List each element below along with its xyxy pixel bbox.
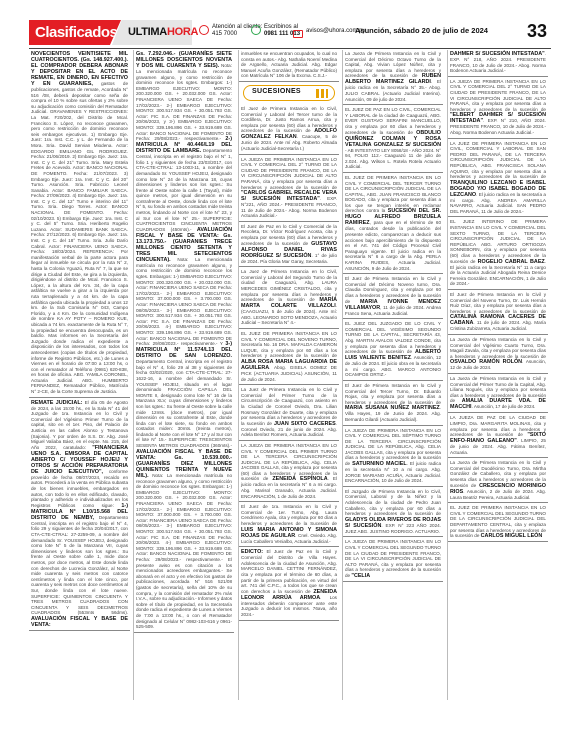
column-5: DAHMER S/ SUCESIÓN INTESTADA". EXP. N° 2… — [447, 50, 548, 700]
ad-text: gastos de publicaciones, gastos de remat… — [31, 81, 128, 394]
column-4: La Jueza de Primera Instancia en lo Civi… — [342, 50, 443, 700]
logo-accent: HORA — [167, 26, 198, 38]
classified-ad: LA JUEZA DE PRIMERA INSTANCIA EN LO CIVI… — [343, 427, 443, 487]
ad-text: Departamento Central, inscripta en el re… — [136, 148, 232, 232]
contact-phone-number: 415 7000 — [212, 31, 237, 37]
ad-text: - AB INTESTATO LEY 8058/18 - AÑO 2024. N… — [345, 148, 441, 170]
section-banner-sucesiones: SUCESIONES — [243, 85, 335, 101]
classified-ad: El Juzgado de Primera Instancia en lo Ci… — [343, 488, 443, 538]
classified-ad: La Juez de Primera Instancia en lo Civil… — [239, 268, 339, 329]
ad-text: El Juez de Primera Instancia en lo Civil… — [345, 383, 441, 405]
classified-ad: Gs. 7.292.046.- (GUARANÍES SIETE MILLONE… — [134, 50, 234, 633]
classified-ad: El Juez de Primera Instancia en lo Civil… — [239, 105, 339, 155]
ad-text: El día 05 de Agosto de 2024, a las 15:00… — [31, 400, 128, 450]
column-2: Gs. 7.292.046.- (GUARANÍES SIETE MILLONE… — [133, 50, 234, 700]
ad-text: Departamento Central, inscripta en el re… — [136, 359, 232, 448]
header-rule — [29, 48, 551, 49]
classified-ad: La Jueza de Primera Instancia en lo Civi… — [448, 336, 548, 374]
classified-ad: La Juez de Primera Instancia en lo Civil… — [239, 386, 339, 441]
ad-emphasis: CARLOS MIGUEL LEÓN — [481, 533, 543, 539]
classified-ad: El Juez de Paz en lo Civil y Comercial d… — [239, 223, 339, 267]
ad-text: El Juez de Primera Instancia en lo Civil… — [450, 292, 546, 314]
phone-icon — [199, 25, 209, 35]
ad-text: . Asunción, 17 de julio de 2024. — [472, 404, 536, 409]
ad-text: EL JUEZ DE PRIMERA INSTANCIA EN LO CIVIL… — [241, 331, 337, 358]
classified-ad: NOVECIENTOS VEINTISIETE MIL CUATROCIENTO… — [29, 50, 130, 398]
ad-text: LA JUEZA DE PRIMERA INSTANCIA EN LO CIVI… — [450, 79, 546, 112]
page-number: 33 — [527, 21, 547, 42]
section-title: Clasificados — [29, 20, 121, 45]
classified-ad: La Jueza de Primera Instancia en lo Civi… — [343, 50, 443, 105]
classified-ad: LA JUEZA DE PRIMERA INSTANCIA EN LO CIVI… — [239, 156, 339, 222]
classified-ad: La Jueza de Primera Instancia en lo Civi… — [448, 375, 548, 413]
ad-text: El Juez de Paz en lo Civil y Comercial d… — [241, 549, 337, 594]
classified-ad: El Juez de Primera Instancia en lo Civil… — [343, 382, 443, 426]
ad-text: El Juzgado de Primera Instancia en lo Ci… — [345, 489, 441, 516]
classified-ad: El Juez de Primera Instancia en lo Civil… — [448, 291, 548, 335]
newspaper-logo: ULTIMAHORA — [128, 26, 198, 38]
classified-ad: LA JUEZA DE PRIMERA INSTANCIA EN LO CIVI… — [448, 78, 548, 139]
ad-emphasis: "CELIA — [351, 573, 370, 579]
page-header: Clasificados ULTIMAHORA Atención al clie… — [0, 20, 580, 45]
classified-ad: LA JUEZA DE PRIMERA INSTANCIA EN LO CIVI… — [239, 442, 339, 502]
ad-text: Nota: La mencionada matrícula no reconoc… — [136, 473, 232, 629]
ad-text: Departamento Central, inscripta en el re… — [31, 515, 128, 616]
classified-ad: EL JUEZ DE PRIMERA INSTANCIA EN LO CIVIL… — [343, 174, 443, 274]
ad-text: El Juez de 1ra. Instancia en lo Civil y … — [241, 504, 337, 526]
classified-ad: EDICTO: El Juez de Paz en lo Civil y Com… — [239, 548, 339, 620]
ad-emphasis: Gs. 7.292.046.- (GUARANÍES SIETE MILLONE… — [136, 51, 232, 69]
classified-ad: LA JUEZA DE PAZ DE LA CIUDAD DE LIMPIO, … — [448, 414, 548, 458]
classified-ad: EL JUEZ DE PRIMERA INSTANCIA EN LO CIVIL… — [448, 504, 548, 542]
whatsapp-icon — [251, 25, 261, 35]
decorative-dots-icon — [316, 89, 328, 98]
classified-ad: EL JUEZ DE PAZ EN LO CIVIL, COMERCIAL Y … — [343, 106, 443, 173]
classified-ad: EL JUEZ DEL JUZGADO DE LO CIVIL Y COMERC… — [343, 320, 443, 381]
classified-ad: El Juez de 1ra. Instancia en lo Civil y … — [239, 503, 339, 547]
classifieds-columns: NOVECIENTOS VEINTISIETE MIL CUATROCIENTO… — [29, 50, 551, 700]
ad-text: , para que en el término de 60 días, con… — [345, 220, 441, 270]
logo-main: ULTIMA — [128, 26, 167, 38]
column-3: inmuebles se encuentran ocupados, lo cua… — [238, 50, 339, 700]
ad-text: inmuebles se encuentran ocupados, lo cua… — [241, 51, 337, 78]
classified-ad: EL JUEZ DE PRIMERA INSTANCIA EN LO CIVIL… — [239, 330, 339, 385]
page-date: Asunción, sábado 20 de julio de 2024 — [355, 26, 488, 35]
envelope-icon — [293, 30, 303, 38]
classified-ad: El Juez de Primera Instancia en lo Civil… — [343, 275, 443, 319]
ad-text: Nota: La mencionada matrícula no reconoc… — [136, 257, 232, 346]
classified-ad: REMATE JUDICIAL: El día 05 de Agosto de … — [29, 399, 130, 631]
ad-text: . Asunción, 2 de Julio de 2024. Abg. Lau… — [450, 489, 546, 500]
ad-text: EL JUEZ INTERINO DE PRIMERA INSTANCIA EN… — [450, 219, 546, 263]
column-1: NOVECIENTOS VEINTISIETE MIL CUATROCIENTO… — [29, 50, 130, 700]
section-banner-label: SUCESIONES — [252, 89, 301, 95]
ad-text: La Jueza de Primera Instancia en lo Civi… — [450, 337, 546, 359]
ad-text: conforme proveído de fecha 08/07/2024, r… — [31, 469, 128, 508]
ad-emphasis: AVALUACIÓN FISCAL Y BASE DE VENTA: — [31, 616, 128, 628]
classified-ad: LA JUEZ DE PRIMERA INSTANCIA EN LO CIVIL… — [448, 140, 548, 218]
ad-text: LA JUEZA DE PRIMERA INSTANCIA EN LO CIVI… — [241, 157, 337, 190]
classified-ad: La Jueza de Primera Instancia en lo Civi… — [448, 459, 548, 503]
ad-text: LA JUEZ DE PRIMERA INSTANCIA EN LO CIVIL… — [450, 141, 546, 180]
ad-text: Nota: La mencionada matrícula no reconoc… — [136, 63, 232, 141]
classified-ad: inmuebles se encuentran ocupados, lo cua… — [239, 50, 339, 82]
classified-ad: EL JUEZ INTERINO DE PRIMERA INSTANCIA EN… — [448, 218, 548, 290]
classified-ad: LA JUEZA DE PRIMERA INSTANCIA EN LO CIVI… — [343, 538, 443, 582]
classified-ad: DAHMER S/ SUCESIÓN INTESTADA". EXP. N° 2… — [448, 50, 548, 77]
